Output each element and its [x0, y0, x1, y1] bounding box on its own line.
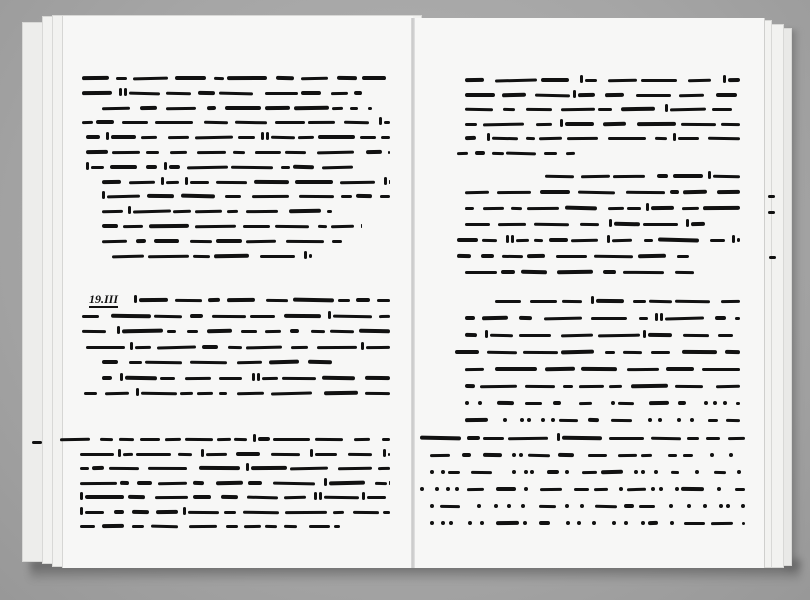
ink-stroke [618, 454, 637, 457]
ink-stroke [524, 470, 528, 474]
handwritten-line [0, 235, 810, 247]
ink-stroke [512, 453, 516, 457]
handwritten-line [0, 347, 810, 359]
ink-stroke [518, 334, 550, 337]
ink-stroke [695, 470, 699, 474]
ink-stroke [526, 108, 552, 111]
ink-stroke [624, 521, 628, 525]
ink-stroke [741, 504, 745, 508]
ink-stroke [487, 133, 490, 141]
ink-stroke [465, 271, 497, 274]
ink-stroke [677, 255, 689, 258]
ink-stroke [666, 367, 694, 371]
ink-stroke [492, 151, 504, 154]
margin-mark [769, 256, 776, 259]
ink-stroke [545, 367, 575, 371]
ink-stroke [430, 521, 434, 525]
ink-stroke [155, 496, 188, 499]
ink-stroke [539, 137, 562, 141]
ink-stroke [545, 175, 574, 179]
ink-stroke [490, 334, 513, 338]
ink-stroke [704, 401, 708, 405]
ink-stroke [430, 504, 434, 508]
ink-stroke [164, 162, 167, 170]
ink-stroke [481, 254, 494, 258]
ink-stroke [580, 504, 584, 508]
ink-stroke [735, 317, 740, 320]
ink-stroke [723, 401, 727, 405]
ink-stroke [441, 470, 445, 474]
ink-stroke [282, 376, 316, 379]
ink-stroke [595, 505, 617, 508]
handwritten-line [0, 450, 810, 462]
ink-stroke [668, 454, 677, 457]
handwritten-line [0, 267, 810, 279]
ink-stroke [674, 271, 694, 274]
ink-stroke [465, 92, 495, 96]
ink-stroke [563, 385, 573, 388]
ink-stroke [660, 313, 663, 321]
ink-stroke [718, 334, 733, 337]
ink-stroke [580, 75, 583, 83]
ink-stroke [185, 376, 211, 379]
handwritten-line [0, 501, 810, 513]
ink-stroke [519, 316, 532, 320]
ink-stroke [487, 351, 518, 355]
ink-stroke [567, 137, 598, 140]
ink-stroke [465, 122, 477, 125]
ink-stroke [603, 121, 627, 126]
ink-stroke [639, 317, 648, 320]
ink-stroke [465, 333, 477, 337]
ink-stroke [706, 437, 720, 440]
ink-stroke [457, 151, 468, 154]
ink-stroke [634, 470, 638, 474]
handwritten-line [0, 433, 810, 445]
handwritten-line [0, 415, 810, 427]
ink-stroke [284, 496, 306, 499]
ink-stroke [187, 165, 228, 169]
ink-stroke [539, 521, 550, 525]
ink-stroke [678, 401, 686, 405]
ink-stroke [649, 300, 672, 304]
ink-stroke [539, 505, 556, 508]
ink-stroke [624, 504, 634, 508]
ink-stroke [449, 521, 453, 525]
ink-stroke [483, 453, 502, 457]
ink-stroke [742, 522, 745, 525]
handwritten-line [0, 104, 810, 116]
ink-stroke [687, 437, 699, 440]
ink-stroke [728, 78, 740, 82]
ink-stroke [607, 235, 610, 243]
ink-stroke [677, 418, 681, 422]
ink-stroke [544, 152, 556, 155]
ink-stroke [146, 165, 157, 169]
ink-stroke [601, 470, 623, 474]
ink-stroke [579, 385, 604, 388]
ink-stroke [598, 108, 612, 111]
ink-stroke [160, 376, 175, 379]
ink-stroke [686, 219, 689, 227]
handwritten-line [0, 75, 810, 87]
ink-stroke [654, 470, 658, 474]
ink-stroke [520, 418, 524, 422]
ink-stroke [621, 107, 655, 112]
ink-stroke [681, 122, 716, 125]
handwritten-line [0, 364, 810, 376]
ink-stroke [262, 376, 278, 379]
ink-stroke [655, 313, 658, 321]
ink-stroke [715, 385, 739, 389]
ink-stroke [465, 108, 493, 112]
ink-stroke [657, 174, 668, 178]
ink-stroke [521, 504, 525, 508]
ink-stroke [496, 487, 517, 491]
ink-stroke [579, 402, 593, 405]
ink-stroke [565, 470, 569, 474]
ink-stroke [582, 471, 597, 474]
ink-stroke [605, 92, 624, 96]
ink-stroke [219, 376, 242, 379]
ink-stroke [534, 223, 570, 227]
ink-stroke [623, 271, 664, 274]
ink-stroke [322, 165, 353, 169]
ink-stroke [559, 419, 578, 422]
ink-stroke [540, 488, 562, 491]
ink-stroke [446, 487, 450, 491]
ink-stroke [549, 238, 568, 242]
ink-stroke [495, 300, 521, 303]
ink-stroke [651, 351, 670, 354]
ink-stroke [455, 487, 459, 491]
ink-stroke [502, 92, 526, 97]
ink-stroke [231, 166, 273, 170]
ink-stroke [688, 79, 711, 83]
ink-stroke [91, 166, 104, 169]
ink-stroke [626, 191, 665, 194]
ink-stroke [541, 78, 569, 82]
ink-stroke [737, 470, 741, 474]
ink-stroke [367, 496, 386, 499]
ink-stroke [541, 418, 545, 422]
ink-stroke [713, 401, 717, 405]
handwritten-line [0, 467, 810, 479]
ink-stroke [594, 255, 633, 258]
ink-stroke [687, 504, 691, 508]
ink-stroke [498, 223, 526, 226]
ink-stroke [593, 488, 607, 491]
ink-stroke [588, 454, 607, 457]
ink-stroke [557, 270, 593, 275]
ink-stroke [691, 222, 705, 226]
ink-stroke [721, 300, 740, 303]
ink-stroke [497, 191, 531, 194]
ink-stroke [614, 222, 640, 227]
handwritten-line [0, 90, 810, 102]
margin-mark [768, 195, 775, 198]
ink-stroke [557, 433, 560, 441]
ink-stroke [109, 165, 136, 169]
ink-stroke [703, 504, 707, 508]
ink-stroke [501, 270, 515, 274]
ink-stroke [169, 165, 180, 169]
ink-stroke [641, 79, 678, 82]
ink-stroke [556, 255, 587, 258]
ink-stroke [506, 235, 509, 243]
handwritten-line [0, 148, 810, 160]
ink-stroke [293, 165, 314, 169]
ink-stroke [524, 487, 528, 491]
ink-stroke [631, 384, 668, 389]
ink-stroke [611, 419, 632, 422]
ink-stroke [608, 79, 637, 83]
ink-stroke [725, 350, 740, 354]
ink-stroke [708, 419, 718, 422]
ink-stroke [641, 454, 652, 457]
ink-stroke [726, 419, 740, 422]
ink-stroke [636, 94, 671, 97]
ink-stroke [683, 190, 707, 195]
ink-stroke [465, 384, 475, 388]
handwritten-line [0, 518, 810, 530]
ink-stroke [665, 104, 668, 112]
ink-stroke [523, 351, 558, 354]
ink-stroke [729, 453, 733, 457]
ink-stroke [578, 92, 595, 96]
ink-stroke [457, 254, 471, 258]
ink-stroke [465, 223, 490, 226]
ink-stroke [641, 470, 645, 474]
ink-stroke [658, 237, 700, 242]
ink-stroke [471, 471, 492, 474]
ink-stroke [609, 437, 645, 440]
ink-stroke [547, 470, 559, 474]
ink-stroke [670, 521, 674, 525]
ink-stroke [655, 137, 667, 140]
ink-stroke [619, 487, 623, 491]
handwritten-line [0, 330, 810, 342]
ink-stroke [495, 367, 537, 371]
handwritten-line [0, 119, 810, 131]
ink-stroke [675, 487, 679, 491]
ink-stroke [710, 239, 725, 242]
ink-stroke [683, 454, 693, 457]
ink-stroke [527, 207, 559, 210]
ink-stroke [440, 505, 460, 508]
ink-stroke [485, 330, 488, 338]
ink-stroke [684, 522, 705, 525]
ink-stroke [647, 521, 658, 525]
ink-stroke [502, 255, 523, 258]
ink-stroke [566, 521, 570, 525]
ink-stroke [523, 521, 527, 525]
ink-stroke [465, 418, 488, 422]
ink-stroke [592, 521, 596, 525]
ink-stroke [558, 453, 574, 457]
ink-stroke [665, 316, 704, 320]
ink-stroke [508, 437, 548, 440]
ink-stroke [651, 437, 681, 441]
handwritten-line [0, 187, 810, 199]
handwritten-line [0, 133, 810, 145]
ink-stroke [726, 504, 730, 508]
ink-stroke [658, 418, 662, 422]
handwritten-line [0, 381, 810, 393]
ink-stroke [609, 385, 622, 388]
ink-stroke [721, 122, 740, 125]
margin-mark [768, 211, 775, 214]
ink-stroke [732, 235, 735, 243]
ink-stroke [430, 454, 450, 457]
ink-stroke [561, 350, 594, 355]
ink-stroke [715, 316, 727, 320]
handwritten-line [0, 398, 810, 410]
margin-mark [32, 441, 42, 444]
ink-stroke [681, 487, 704, 491]
ink-stroke [638, 254, 666, 258]
ink-stroke [708, 137, 740, 140]
ink-stroke [477, 504, 481, 508]
ink-stroke [670, 108, 706, 112]
ink-stroke [627, 368, 659, 371]
ink-stroke [516, 239, 529, 242]
ink-stroke [551, 418, 555, 422]
ink-stroke [544, 317, 582, 321]
ink-stroke [519, 453, 523, 457]
ink-stroke [540, 190, 570, 194]
ink-stroke [503, 108, 515, 111]
ink-stroke [573, 90, 576, 98]
ink-stroke [480, 521, 484, 525]
ink-stroke [585, 79, 597, 82]
ink-stroke [465, 191, 489, 195]
ink-stroke [465, 207, 474, 210]
ink-stroke [651, 206, 674, 210]
ink-stroke [102, 375, 112, 379]
ink-stroke [648, 333, 672, 337]
ink-stroke [562, 436, 602, 440]
ink-stroke [682, 350, 717, 354]
ink-stroke [483, 122, 524, 126]
ink-stroke [711, 522, 733, 525]
ink-stroke [465, 401, 469, 405]
ink-stroke [465, 368, 484, 371]
ink-stroke [527, 418, 531, 422]
ink-stroke [714, 471, 726, 474]
ink-stroke [495, 78, 537, 82]
ink-stroke [448, 471, 460, 474]
ink-stroke [608, 137, 646, 140]
ink-stroke [323, 496, 358, 500]
ink-stroke [612, 521, 616, 525]
ink-stroke [571, 239, 598, 242]
ink-stroke [613, 175, 645, 178]
ink-stroke [503, 418, 507, 422]
ink-stroke [670, 190, 679, 194]
ink-stroke [482, 316, 508, 321]
handwritten-line [0, 296, 810, 308]
ink-stroke [690, 418, 694, 422]
ink-stroke [535, 93, 570, 97]
ink-stroke [591, 317, 627, 320]
ink-stroke [420, 487, 424, 491]
ink-stroke [580, 223, 599, 226]
ink-stroke [611, 401, 615, 405]
ink-stroke [441, 521, 445, 525]
ink-stroke [637, 121, 676, 125]
ink-stroke [659, 487, 663, 491]
date-heading: 19.III [89, 293, 118, 308]
ink-stroke [565, 122, 594, 126]
ink-stroke [521, 270, 547, 275]
ink-stroke [736, 402, 740, 405]
ink-stroke [633, 300, 646, 303]
handwritten-line [0, 313, 810, 325]
ink-stroke [679, 93, 704, 96]
ink-stroke [716, 92, 738, 96]
ink-stroke [534, 239, 544, 242]
ink-stroke [581, 367, 617, 371]
handwritten-line [0, 251, 810, 263]
ink-stroke [475, 150, 485, 154]
ink-stroke [511, 235, 514, 243]
ink-stroke [623, 351, 642, 354]
ink-stroke [678, 137, 699, 140]
ink-stroke [735, 488, 745, 491]
ink-stroke [247, 496, 278, 500]
ink-stroke [281, 166, 290, 169]
ink-stroke [703, 206, 740, 210]
ink-stroke [565, 206, 597, 211]
ink-stroke [644, 239, 653, 242]
ink-stroke [646, 203, 649, 211]
ink-stroke [612, 239, 632, 242]
ink-stroke [643, 330, 646, 338]
ink-stroke [683, 334, 710, 337]
ink-stroke [512, 470, 516, 474]
ink-stroke [478, 401, 482, 405]
ink-stroke [430, 470, 434, 474]
ink-stroke [723, 75, 726, 83]
ink-stroke [483, 207, 504, 210]
ink-stroke [492, 137, 518, 140]
ink-stroke [719, 504, 723, 508]
ink-stroke [560, 119, 563, 127]
ink-stroke [639, 505, 655, 508]
ink-stroke [497, 401, 514, 405]
ink-stroke [482, 239, 497, 242]
ink-stroke [641, 521, 645, 525]
ink-stroke [627, 488, 646, 491]
handwritten-line [0, 171, 810, 183]
ink-stroke [648, 418, 652, 422]
ink-stroke [578, 191, 615, 195]
ink-stroke [86, 162, 89, 170]
handwritten-line [0, 484, 810, 496]
ink-stroke [480, 385, 517, 389]
ink-stroke [507, 504, 511, 508]
ink-stroke [618, 402, 634, 405]
ink-stroke [561, 108, 595, 111]
ink-stroke [717, 190, 740, 194]
ink-stroke [455, 350, 479, 354]
ink-stroke [643, 223, 678, 226]
ink-stroke [708, 171, 711, 179]
ink-stroke [598, 334, 640, 338]
handwritten-line [0, 219, 810, 231]
ink-stroke [528, 454, 550, 457]
